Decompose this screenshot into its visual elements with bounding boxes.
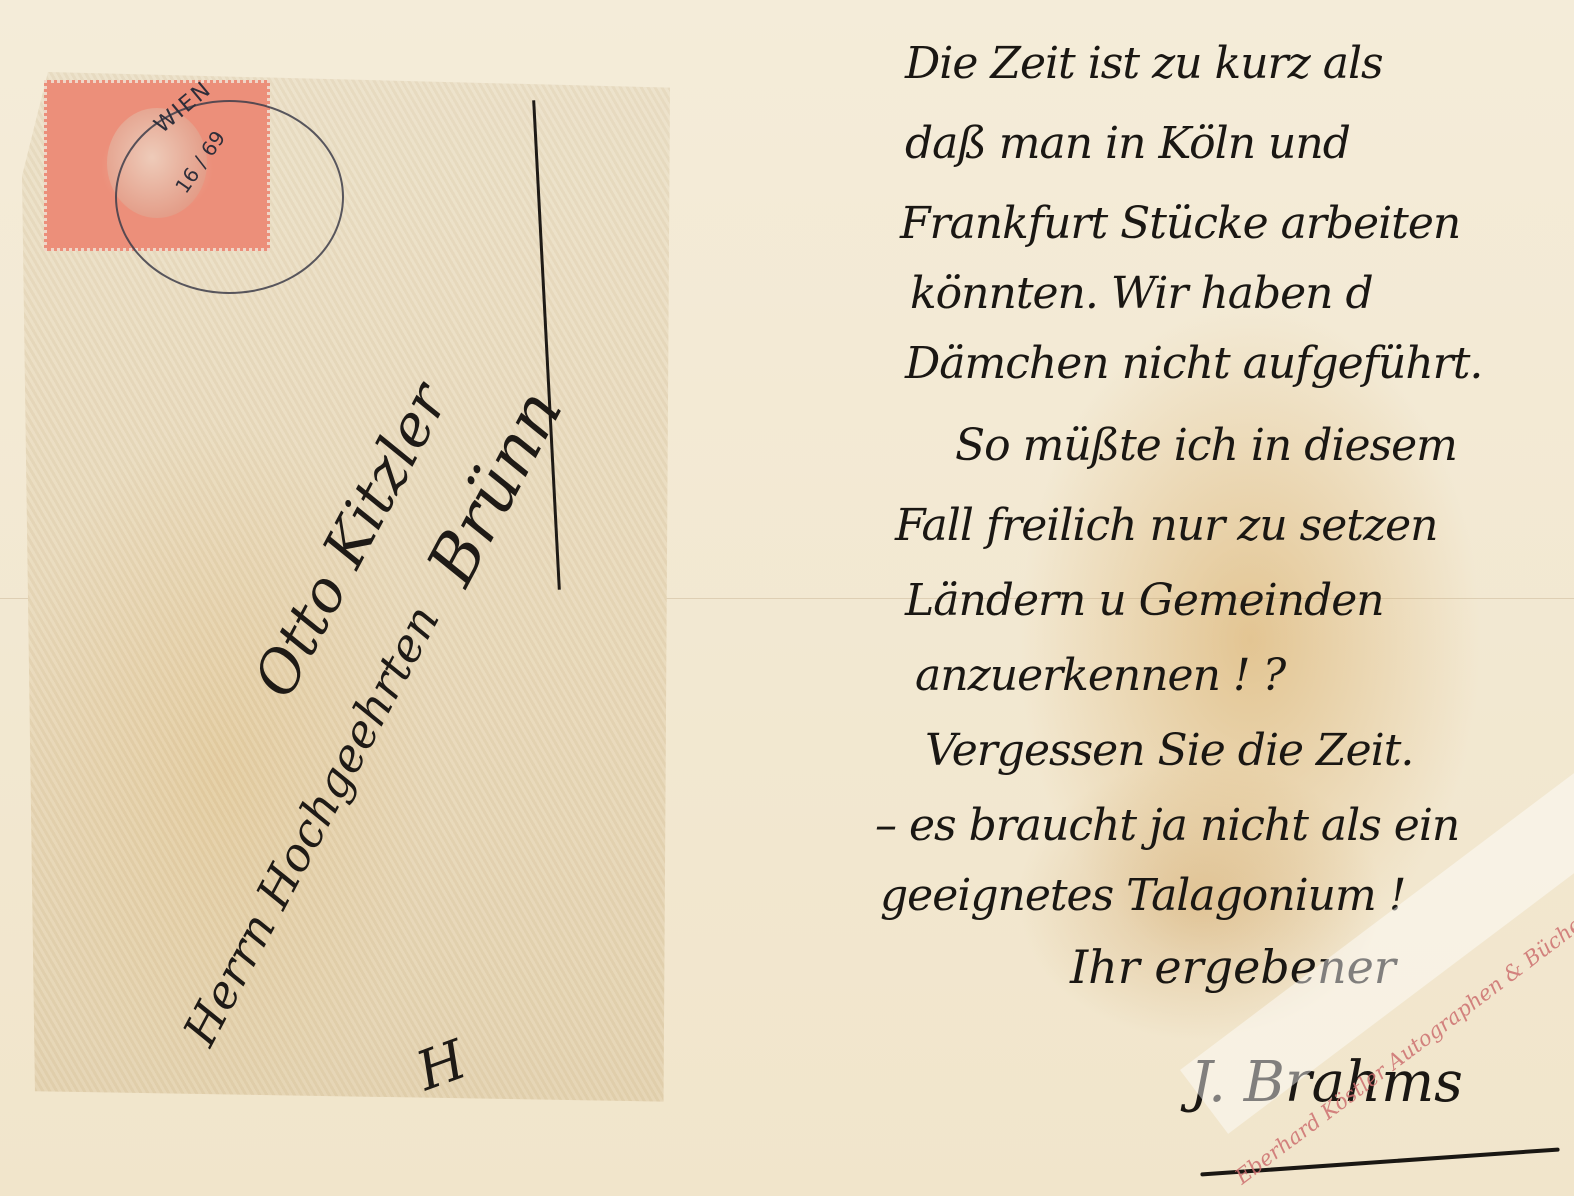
- letter-line: Frankfurt Stücke arbeiten: [900, 198, 1460, 249]
- letter-line: könnten. Wir haben d: [910, 268, 1373, 319]
- letter-line: anzuerkennen ! ?: [915, 650, 1285, 701]
- letter-line: Die Zeit ist zu kurz als: [905, 38, 1383, 89]
- letter-line: So müßte ich in diesem: [955, 420, 1457, 471]
- letter-line: geeignetes Talagonium !: [880, 870, 1405, 921]
- letter-line: Ländern u Gemeinden: [905, 575, 1384, 626]
- letter-line: Dämchen nicht aufgeführt.: [905, 338, 1482, 389]
- letter-line: – es braucht ja nicht als ein: [875, 800, 1459, 851]
- postmark-circle: [115, 100, 344, 294]
- letter-line: Fall freilich nur zu setzen: [895, 500, 1438, 551]
- letter-line: Vergessen Sie die Zeit.: [925, 725, 1413, 776]
- letter-line: daß man in Köln und: [905, 118, 1350, 169]
- letter-page: WIEN 16 / 69 Herrn Hochgeehrten Otto Kit…: [0, 0, 1574, 1196]
